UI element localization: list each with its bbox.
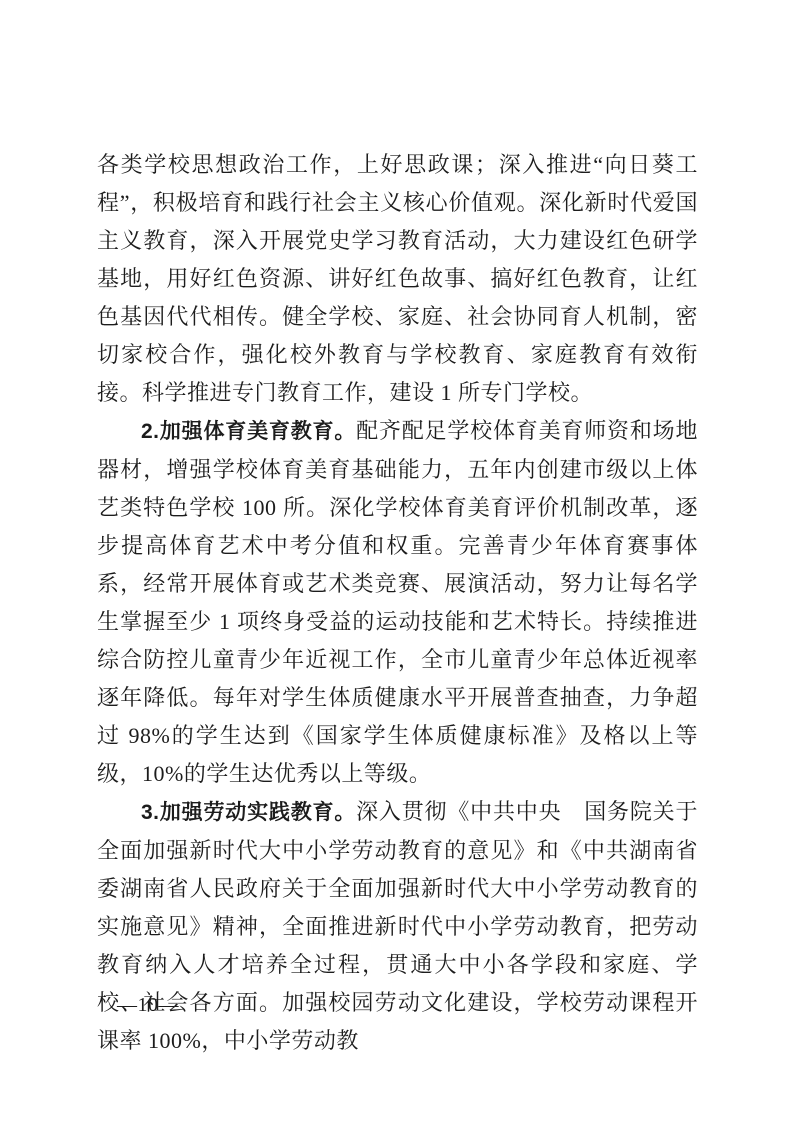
paragraph-body: 各类学校思想政治工作，上好思政课；深入推进“向日葵工程”，积极培育和践行社会主义… (97, 152, 698, 405)
paragraph-body: 配齐配足学校体育美育师资和场地器材，增强学校体育美育基础能力，五年内创建市级以上… (97, 418, 698, 786)
paragraph-body: 深入贯彻《中共中央 国务院关于全面加强新时代大中小学劳动教育的意见》和《中共湖南… (97, 799, 698, 1053)
paragraph-item-2: 2.加强体育美育教育。配齐配足学校体育美育师资和场地器材，增强学校体育美育基础能… (97, 412, 698, 793)
document-page: 各类学校思想政治工作，上好思政课；深入推进“向日葵工程”，积极培育和践行社会主义… (0, 0, 793, 1122)
paragraph-continuation: 各类学校思想政治工作，上好思政课；深入推进“向日葵工程”，积极培育和践行社会主义… (97, 146, 698, 412)
document-body: 各类学校思想政治工作，上好思政课；深入推进“向日葵工程”，积极培育和践行社会主义… (97, 146, 698, 1060)
paragraph-lead: 3.加强劳动实践教育。 (141, 801, 356, 824)
page-number: —10— (117, 994, 179, 1017)
paragraph-lead: 2.加强体育美育教育。 (141, 420, 356, 443)
paragraph-item-3: 3.加强劳动实践教育。深入贯彻《中共中央 国务院关于全面加强新时代大中小学劳动教… (97, 793, 698, 1060)
